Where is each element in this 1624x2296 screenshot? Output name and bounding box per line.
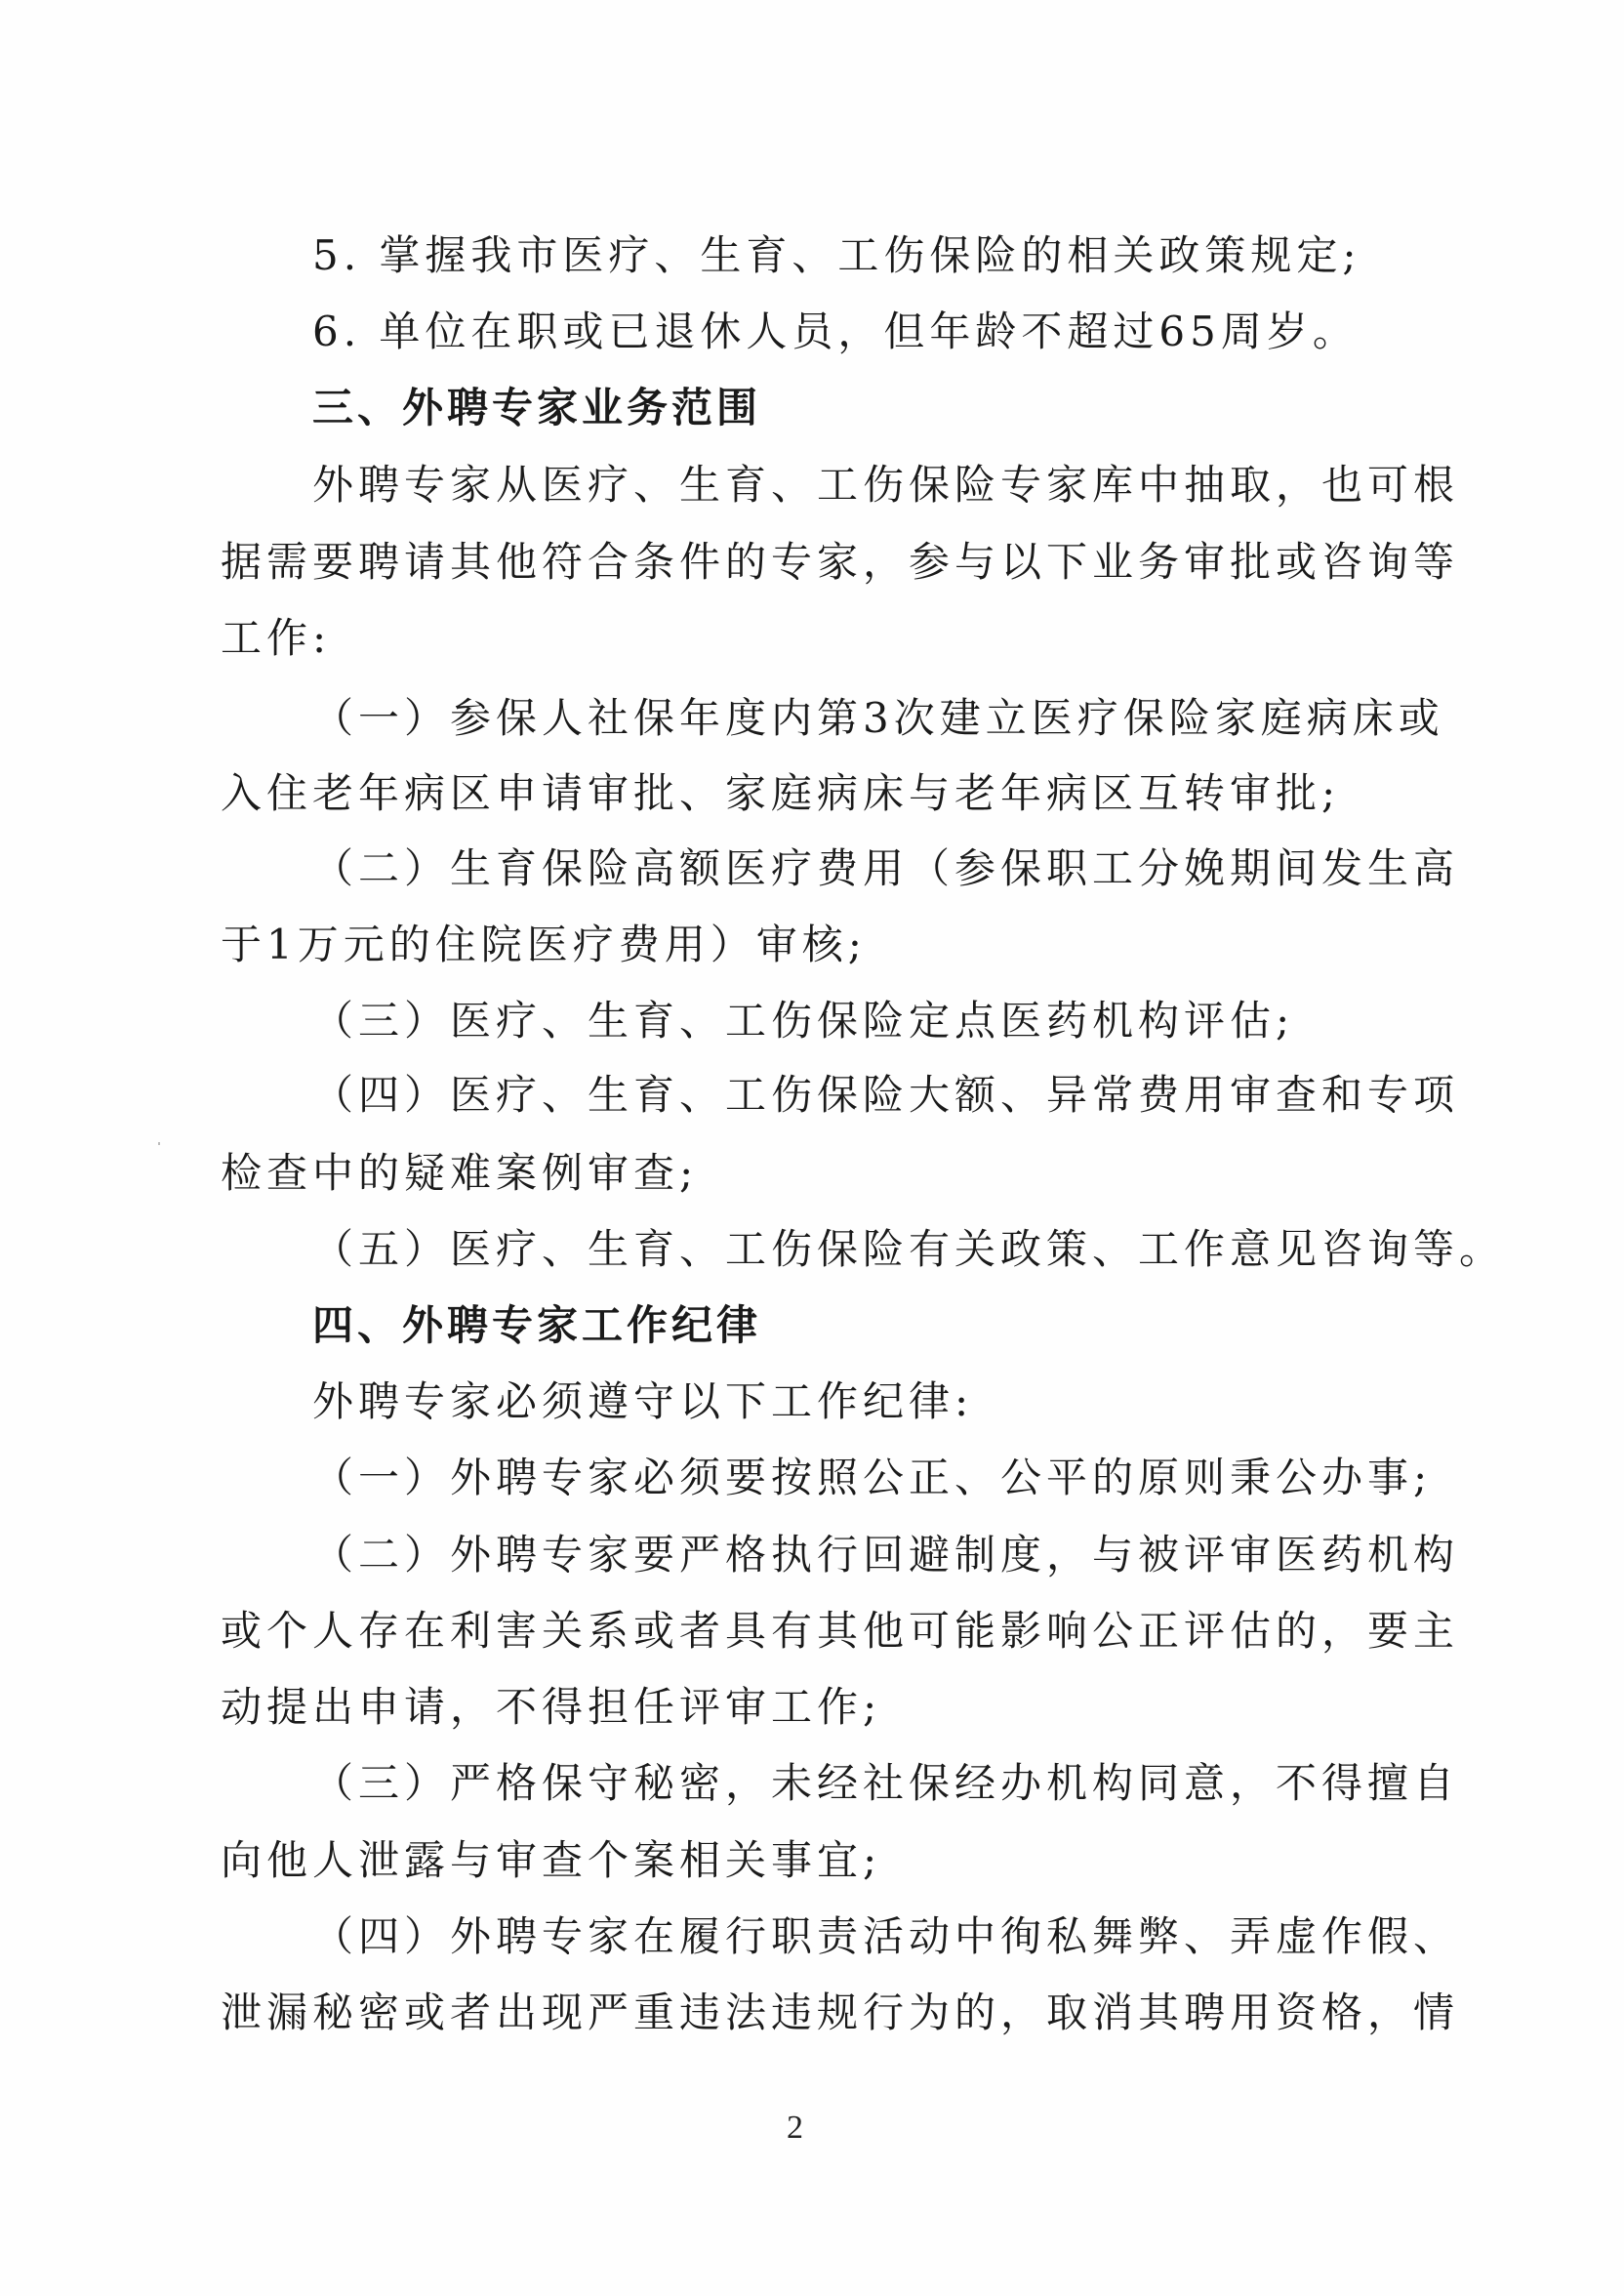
discipline-item-1: （一）外聘专家必须要按照公正、公平的原则秉公办事; — [312, 1453, 1378, 1503]
discipline-item-4-cont: 泄漏秘密或者出现严重违法违规行为的，取消其聘用资格，情 — [221, 1988, 1378, 2038]
requirement-6: 6. 单位在职或已退休人员，但年龄不超过65周岁。 — [312, 307, 1359, 357]
scope-item-2-cont: 于1万元的住院医疗费用）审核; — [221, 920, 867, 970]
requirement-5: 5. 掌握我市医疗、生育、工伤保险的相关政策规定; — [312, 230, 1361, 281]
scope-item-3: （三）医疗、生育、工伤保险定点医药机构评估; — [312, 996, 1294, 1046]
paragraph-line: 外聘专家必须遵守以下工作纪律: — [312, 1376, 973, 1427]
scope-item-4-cont: 检查中的疑难案例审查; — [221, 1148, 698, 1199]
scope-item-4: （四）医疗、生育、工伤保险大额、异常费用审查和专项 — [312, 1070, 1378, 1121]
page-number: 2 — [787, 2109, 803, 2148]
scope-item-1: （一）参保人社保年度内第3次建立医疗保险家庭病床或 — [312, 693, 1378, 744]
document-page: 5. 掌握我市医疗、生育、工伤保险的相关政策规定; 6. 单位在职或已退休人员，… — [0, 0, 1624, 2296]
section-heading-3: 三、外聘专家业务范围 — [312, 383, 761, 433]
discipline-item-3: （三）严格保守秘密，未经社保经办机构同意，不得擅自 — [312, 1758, 1378, 1809]
scope-item-5: （五）医疗、生育、工伤保险有关政策、工作意见咨询等。 — [312, 1224, 1378, 1275]
discipline-item-4: （四）外聘专家在履行职责活动中徇私舞弊、弄虚作假、 — [312, 1911, 1378, 1962]
discipline-item-2-cont: 或个人存在利害关系或者具有其他可能影响公正评估的，要主 — [221, 1606, 1378, 1657]
scan-speck — [158, 1142, 160, 1145]
discipline-item-2-cont: 动提出申请，不得担任评审工作; — [221, 1682, 881, 1733]
paragraph-line: 工作: — [221, 613, 331, 664]
scope-item-1-cont: 入住老年病区申请审批、家庭病床与老年病区互转审批; — [221, 768, 1340, 819]
paragraph-line: 据需要聘请其他符合条件的专家，参与以下业务审批或咨询等 — [221, 537, 1378, 588]
discipline-item-3-cont: 向他人泄露与审查个案相关事宜; — [221, 1835, 881, 1886]
scope-item-2: （二）生育保险高额医疗费用（参保职工分娩期间发生高 — [312, 843, 1378, 894]
section-heading-4: 四、外聘专家工作纪律 — [312, 1300, 761, 1351]
paragraph-line: 外聘专家从医疗、生育、工伤保险专家库中抽取，也可根 — [312, 460, 1378, 511]
discipline-item-2: （二）外聘专家要严格执行回避制度，与被评审医药机构 — [312, 1530, 1378, 1580]
